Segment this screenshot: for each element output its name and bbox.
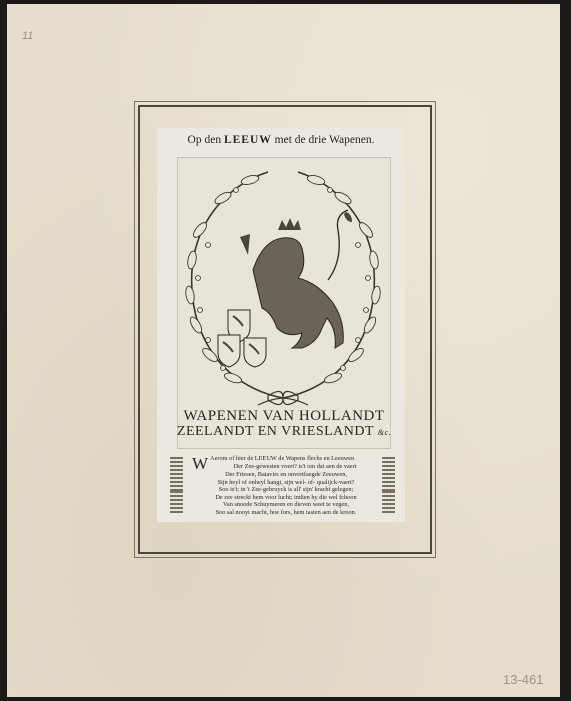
verse-block: W Aerom of hier de LEEUW de Wapens flech…	[192, 455, 380, 517]
verse-line: Der Friesen, Batavirs en onvertfaegde Ze…	[192, 471, 380, 479]
verse-line: De zee streckt hem voor lucht; indien hy…	[192, 494, 380, 502]
title-lion-word: LEEUW	[224, 134, 272, 146]
verse-line: Van snoode Schuymeren en dieven weet te …	[192, 501, 380, 509]
lion-wreath-emblem	[178, 160, 388, 410]
print-title: Op den LEEUW met de drie Wapenen.	[165, 134, 397, 146]
coat-of-arms-shields-icon	[218, 310, 266, 367]
rampant-lion-icon	[240, 210, 352, 348]
caption-line-2: ZEELANDT EN VRIESLANDT	[177, 424, 374, 439]
pencil-number-top-left: 11	[22, 30, 33, 42]
print-caption: WAPENEN VAN HOLLANDT ZEELANDT EN VRIESLA…	[168, 408, 400, 441]
caption-etc: &c.	[378, 428, 391, 437]
verse-line: Aerom of hier de LEEUW de Wapens flechs …	[192, 455, 380, 463]
ornamental-border-right-lower	[382, 491, 395, 513]
ornamental-border-left	[170, 457, 183, 491]
caption-line-1: WAPENEN VAN HOLLANDT	[168, 408, 400, 424]
verse-line: Soo is't; in 't Zee-gebruyck is all' sij…	[192, 486, 380, 494]
sword-icon	[240, 234, 250, 255]
verse-drop-cap: W	[192, 456, 208, 471]
verse-line: Sijn heyl of onheyl hangt, sijn wel- of-…	[192, 479, 380, 487]
crown-icon	[278, 218, 301, 230]
verse-line: Der Zee-gewesten voert? is't om dat aen …	[192, 463, 380, 471]
ornamental-border-right	[382, 457, 395, 491]
verse-line: Soo sal nooyt macht, hoe fors, hem taste…	[192, 509, 380, 517]
ornamental-border-left-lower	[170, 491, 183, 513]
pencil-inventory-number: 13-461	[503, 672, 543, 687]
